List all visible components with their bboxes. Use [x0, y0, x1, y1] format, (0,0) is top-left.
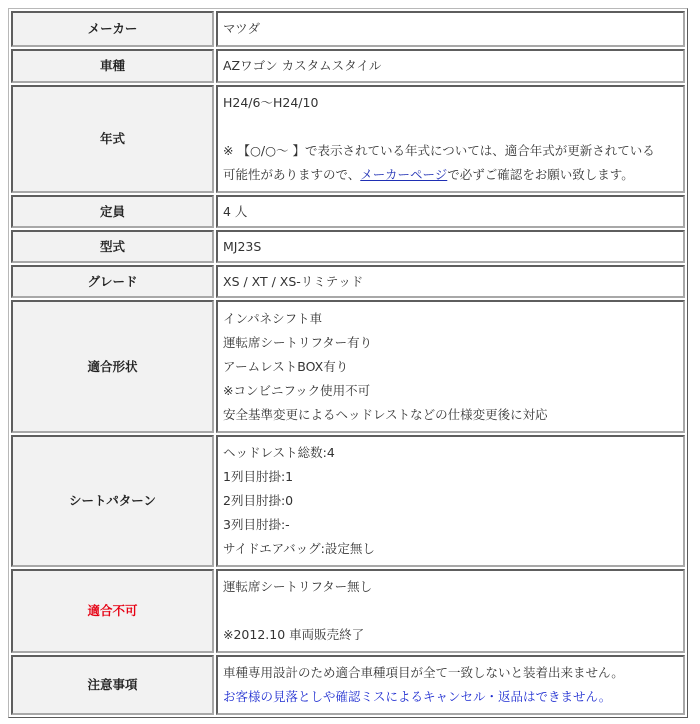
label-type: 型式	[11, 230, 214, 263]
seat-line: ヘッドレスト総数:4	[223, 441, 678, 465]
value-year: H24/6～H24/10 ※ 【○/○～ 】で表示されている年式については、適合…	[216, 85, 685, 193]
incompatible-line: 運転席シートリフター無し	[223, 575, 678, 599]
spacer	[223, 115, 678, 139]
row-capacity: 定員 4 人	[11, 195, 685, 228]
row-type: 型式 MJ23S	[11, 230, 685, 263]
value-type: MJ23S	[216, 230, 685, 263]
incompatible-line: ※2012.10 車両販売終了	[223, 623, 678, 647]
row-incompatible: 適合不可 運転席シートリフター無し ※2012.10 車両販売終了	[11, 569, 685, 653]
value-model: AZワゴン カスタムスタイル	[216, 49, 685, 83]
year-note-line1: ※ 【○/○～ 】で表示されている年式については、適合年式が更新されている	[223, 139, 678, 163]
vehicle-fitment-table: メーカー マツダ 車種 AZワゴン カスタムスタイル 年式 H24/6～H24/…	[8, 8, 688, 718]
label-notes: 注意事項	[11, 655, 214, 715]
seat-line: 2列目肘掛:0	[223, 489, 678, 513]
row-grade: グレード XS / XT / XS-リミテッド	[11, 265, 685, 298]
shape-line: 運転席シートリフター有り	[223, 331, 678, 355]
value-capacity: 4 人	[216, 195, 685, 228]
value-maker: マツダ	[216, 11, 685, 47]
value-grade: XS / XT / XS-リミテッド	[216, 265, 685, 298]
row-model: 車種 AZワゴン カスタムスタイル	[11, 49, 685, 83]
row-year: 年式 H24/6～H24/10 ※ 【○/○～ 】で表示されている年式については…	[11, 85, 685, 193]
label-capacity: 定員	[11, 195, 214, 228]
shape-line: ※コンビニフック使用不可	[223, 379, 678, 403]
shape-line: インパネシフト車	[223, 307, 678, 331]
label-incompatible: 適合不可	[11, 569, 214, 653]
value-seat-pattern: ヘッドレスト総数:4 1列目肘掛:1 2列目肘掛:0 3列目肘掛:- サイドエア…	[216, 435, 685, 567]
year-range: H24/6～H24/10	[223, 91, 678, 115]
label-compatible-shape: 適合形状	[11, 300, 214, 433]
shape-line: アームレストBOX有り	[223, 355, 678, 379]
maker-page-link[interactable]: メーカーページ	[360, 167, 447, 182]
shape-line: 安全基準変更によるヘッドレストなどの仕様変更後に対応	[223, 403, 678, 427]
seat-line: 1列目肘掛:1	[223, 465, 678, 489]
year-note-pre: 可能性がありますので、	[223, 167, 360, 182]
label-seat-pattern: シートパターン	[11, 435, 214, 567]
label-year: 年式	[11, 85, 214, 193]
spacer	[223, 599, 678, 623]
value-notes: 車種専用設計のため適合車種項目が全て一致しないと装着出来ません。 お客様の見落と…	[216, 655, 685, 715]
seat-line: 3列目肘掛:-	[223, 513, 678, 537]
label-grade: グレード	[11, 265, 214, 298]
row-seat-pattern: シートパターン ヘッドレスト総数:4 1列目肘掛:1 2列目肘掛:0 3列目肘掛…	[11, 435, 685, 567]
notes-warning-line: お客様の見落としや確認ミスによるキャンセル・返品はできません。	[223, 685, 678, 709]
value-incompatible: 運転席シートリフター無し ※2012.10 車両販売終了	[216, 569, 685, 653]
notes-line: 車種専用設計のため適合車種項目が全て一致しないと装着出来ません。	[223, 661, 678, 685]
value-compatible-shape: インパネシフト車 運転席シートリフター有り アームレストBOX有り ※コンビニフ…	[216, 300, 685, 433]
row-notes: 注意事項 車種専用設計のため適合車種項目が全て一致しないと装着出来ません。 お客…	[11, 655, 685, 715]
row-compatible-shape: 適合形状 インパネシフト車 運転席シートリフター有り アームレストBOX有り ※…	[11, 300, 685, 433]
row-maker: メーカー マツダ	[11, 11, 685, 47]
label-maker: メーカー	[11, 11, 214, 47]
seat-line: サイドエアバッグ:設定無し	[223, 537, 678, 561]
year-note-post: で必ずご確認をお願い致します。	[447, 167, 634, 182]
label-model: 車種	[11, 49, 214, 83]
year-note-line2: 可能性がありますので、メーカーページで必ずご確認をお願い致します。	[223, 163, 678, 187]
